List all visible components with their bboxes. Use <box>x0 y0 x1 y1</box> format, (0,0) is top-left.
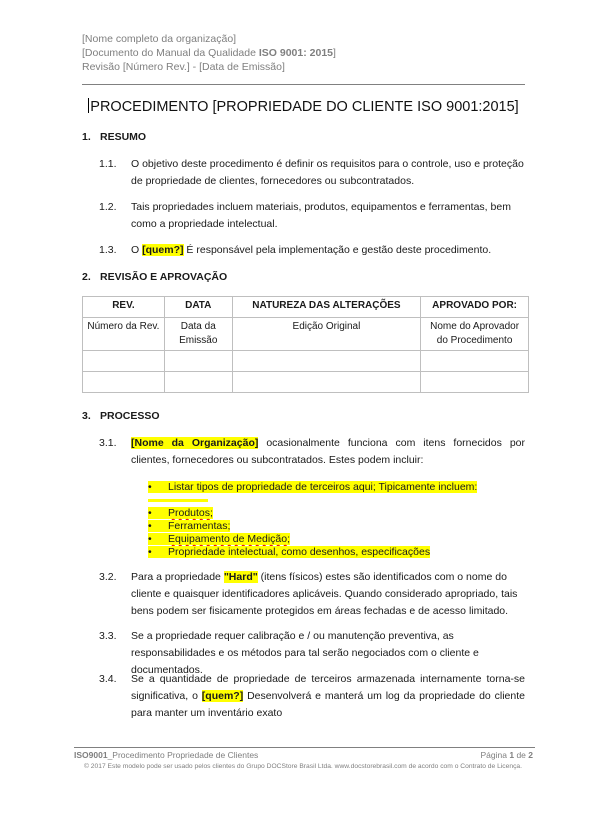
list-item: •Listar tipos de propriedade de terceiro… <box>148 481 477 494</box>
bullet-icon: • <box>148 481 152 494</box>
item-text: O objetivo deste procedimento é definir … <box>131 156 525 190</box>
item-1-3: 1.3. O [quem?] É responsável pela implem… <box>99 242 525 259</box>
header-doc-suffix: ] <box>333 47 336 59</box>
header-divider <box>82 84 525 85</box>
table-cell: Número da Rev. <box>83 318 165 351</box>
list-item-text: Listar tipos de propriedade de terceiros… <box>168 481 477 493</box>
placeholder-highlight: [quem?] <box>202 690 243 702</box>
item-number: 3.2. <box>99 569 117 586</box>
table-cell <box>164 372 232 393</box>
table-cell <box>232 351 420 372</box>
property-types-list: •Listar tipos de propriedade de terceiro… <box>148 481 477 559</box>
page-number: Página 1 de 2 <box>481 750 534 760</box>
section-3-heading: 3.PROCESSO <box>82 410 160 422</box>
document-title[interactable]: PROCEDIMENTO [PROPRIEDADE DO CLIENTE ISO… <box>0 98 607 115</box>
table-cell: Edição Original <box>232 318 420 351</box>
table-row <box>83 372 529 393</box>
list-item-text: Propriedade intelectual, como desenhos, … <box>168 546 430 558</box>
list-item: •Ferramentas; <box>148 520 477 533</box>
bullet-icon: • <box>148 533 152 546</box>
footer-doc-title: _Procedimento Propriedade de Clientes <box>108 750 259 760</box>
header-doc-standard: ISO 9001: 2015 <box>259 47 333 59</box>
table-header-cell: REV. <box>83 297 165 318</box>
page-label: Página <box>481 750 510 760</box>
header-doc-prefix: [Documento do Manual da Qualidade <box>82 47 259 59</box>
page-of: de <box>514 750 528 760</box>
item-number: 3.3. <box>99 628 117 645</box>
page-total: 2 <box>528 750 533 760</box>
section-title: REVISÃO E APROVAÇÃO <box>100 271 227 283</box>
list-item: •Propriedade intelectual, como desenhos,… <box>148 546 477 559</box>
bullet-icon: • <box>148 546 152 559</box>
item-3-2: 3.2. Para a propriedade "Hard" (itens fí… <box>99 569 525 620</box>
bullet-icon: • <box>148 520 152 533</box>
item-text: Se a quantidade de propriedade de tercei… <box>131 671 525 722</box>
section-number: 2. <box>82 271 100 283</box>
footer-doc-code: ISO9001 <box>74 750 108 760</box>
item-text: O [quem?] É responsável pela implementaç… <box>131 242 525 259</box>
footer-doc-name: ISO9001_Procedimento Propriedade de Clie… <box>74 750 258 760</box>
list-item-text: Ferramentas; <box>168 520 230 532</box>
table-cell: Data da Emissão <box>164 318 232 351</box>
item-number: 1.3. <box>99 242 117 259</box>
header-revision: Revisão [Número Rev.] - [Data de Emissão… <box>82 60 285 74</box>
header-doc-title: [Documento do Manual da Qualidade ISO 90… <box>82 46 336 60</box>
empty-highlighted-line <box>148 494 477 507</box>
item-text-prefix: O <box>131 244 142 256</box>
item-1-1: 1.1. O objetivo deste procedimento é def… <box>99 156 525 190</box>
table-row <box>83 351 529 372</box>
item-number: 3.1. <box>99 435 117 452</box>
item-text: [Nome da Organização] ocasionalmente fun… <box>131 435 525 469</box>
footer-divider <box>74 747 535 748</box>
item-3-1: 3.1. [Nome da Organização] ocasionalment… <box>99 435 525 469</box>
bullet-icon: • <box>148 507 152 520</box>
item-text-prefix: Para a propriedade <box>131 571 224 583</box>
table-cell <box>83 351 165 372</box>
list-item: •Equipamento de Medição; <box>148 533 477 546</box>
document-title-text: PROCEDIMENTO [PROPRIEDADE DO CLIENTE ISO… <box>90 99 518 115</box>
section-1-heading: 1.RESUMO <box>82 131 146 143</box>
table-cell <box>421 372 529 393</box>
item-text: Tais propriedades incluem materiais, pro… <box>131 199 525 233</box>
table-header-row: REV. DATA NATUREZA DAS ALTERAÇÕES APROVA… <box>83 297 529 318</box>
footer-copyright: © 2017 Este modelo pode ser usado pelos … <box>84 763 534 770</box>
placeholder-highlight: [Nome da Organização] <box>131 437 258 449</box>
placeholder-highlight: "Hard" <box>224 571 258 583</box>
table-header-cell: NATUREZA DAS ALTERAÇÕES <box>232 297 420 318</box>
table-row: Número da Rev. Data da Emissão Edição Or… <box>83 318 529 351</box>
section-number: 3. <box>82 410 100 422</box>
item-text-suffix: É responsável pela implementação e gestã… <box>184 244 492 256</box>
table-header-cell: DATA <box>164 297 232 318</box>
list-item-text: Produtos; <box>168 507 213 519</box>
table-cell: Nome do Aprovador do Procedimento <box>421 318 529 351</box>
list-item: •Produtos; <box>148 507 477 520</box>
list-item-text: Equipamento de Medição; <box>168 533 290 545</box>
table-cell <box>421 351 529 372</box>
table-header-cell: APROVADO POR: <box>421 297 529 318</box>
header-org-name: [Nome completo da organização] <box>82 32 236 46</box>
section-2-heading: 2.REVISÃO E APROVAÇÃO <box>82 271 227 283</box>
item-number: 1.1. <box>99 156 117 173</box>
table-cell <box>83 372 165 393</box>
table-cell <box>232 372 420 393</box>
item-3-4: 3.4. Se a quantidade de propriedade de t… <box>99 671 525 722</box>
section-number: 1. <box>82 131 100 143</box>
item-number: 1.2. <box>99 199 117 216</box>
placeholder-highlight: [quem?] <box>142 244 183 256</box>
revision-table: REV. DATA NATUREZA DAS ALTERAÇÕES APROVA… <box>82 296 529 393</box>
item-number: 3.4. <box>99 671 117 688</box>
section-title: PROCESSO <box>100 410 160 422</box>
item-text: Para a propriedade "Hard" (itens físicos… <box>131 569 525 620</box>
section-title: RESUMO <box>100 131 146 143</box>
item-1-2: 1.2. Tais propriedades incluem materiais… <box>99 199 525 233</box>
table-cell <box>164 351 232 372</box>
